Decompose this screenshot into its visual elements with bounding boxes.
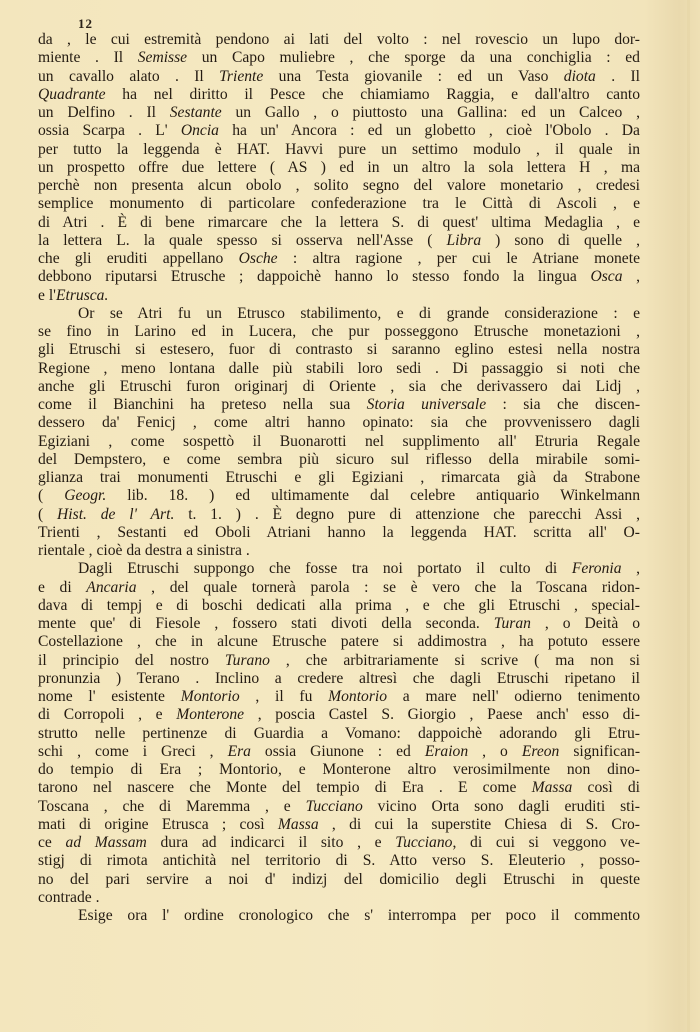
italic-term: Feronia [572,560,622,577]
text-line: Egiziani , come sospettò il Buonarotti n… [38,433,640,451]
text-segment: nome l' esistente [38,688,181,705]
page-edge [687,0,690,1032]
text-line: Costellazione , che in alcune Etrusche p… [38,633,640,651]
text-segment: se fino in Larino ed in Lucera, che pur … [38,323,640,340]
text-line: da , le cui estremità pendono ai lati de… [38,31,640,49]
text-segment: : sia che discen- [486,396,640,413]
text-segment: semplice monumento di particolare confed… [38,195,640,212]
text-segment: strutto nelle pertinenze di Guardia a Vo… [38,725,640,742]
text-line: e l'Etrusca. [38,287,640,305]
text-line: dessero da' Fenicj , come altri hanno op… [38,414,640,432]
text-line: mente que' di Fiesole , fossero stati di… [38,615,640,633]
text-line: nome l' esistente Montorio , il fu Monto… [38,688,640,706]
text-segment: Or se Atri fu un Etrusco stabilimento, e… [78,305,640,322]
text-segment: , il fu [240,688,329,705]
text-line: contrade . [38,889,640,907]
text-segment: a mare nell' odierno tenimento [387,688,640,705]
text-segment: , o Deità o [531,615,640,632]
italic-term: Geogr. [64,487,106,504]
italic-term: Osche [239,250,278,267]
text-segment: ha un' Ancora : ed un globetto , cioè l'… [219,122,640,139]
text-line: Toscana , che di Maremma , e Tucciano vi… [38,798,640,816]
text-line: tarono nel nascere che Monte del tempio … [38,779,640,797]
text-segment: Toscana , che di Maremma , e [38,798,306,815]
text-segment: no del pari servire a noi d' indizj del … [38,871,640,888]
text-line: ce ad Massam dura ad indicarci il sito ,… [38,834,640,852]
text-line: stigj di rimota antichità nel territorio… [38,852,640,870]
text-segment: del Dempstero, e come sembra più sicuro … [38,451,640,468]
text-segment: come il Bianchini ha preteso nella sua [38,396,367,413]
text-segment: Dagli Etruschi suppongo che fosse tra no… [78,560,572,577]
text-segment: da , le cui estremità pendono ai lati de… [38,31,640,48]
text-line: anche gli Etruschi furon originarj di Or… [38,378,640,396]
text-segment: , [623,268,641,285]
text-line: schi , come i Greci , Era ossia Giunone … [38,743,640,761]
text-segment: lib. 18. ) ed ultimamente dal celebre an… [106,487,640,504]
text-segment: ( [38,506,57,523]
text-segment: Regione , meno lontana dalle più stabili… [38,360,640,377]
text-segment: Trienti , Sestanti ed Oboli Atriani hann… [38,524,640,541]
text-line: mati di origine Etrusca ; così Massa , d… [38,816,640,834]
italic-term: Hist. de l' Art. [57,506,174,523]
text-line: Regione , meno lontana dalle più stabili… [38,360,640,378]
text-line: miente . Il Semisse un Capo muliebre , c… [38,49,640,67]
text-line: ossia Scarpa . L' Oncia ha un' Ancora : … [38,122,640,140]
text-segment: ha nel diritto il Pesce che chiamiamo Ra… [106,86,640,103]
text-segment: ) sono di quelle , [481,232,640,249]
text-segment: miente . Il [38,49,138,66]
text-segment: perchè non presenta alcun obolo , solito… [38,177,640,194]
text-line: no del pari servire a noi d' indizj del … [38,871,640,889]
text-line: la lettera L. la quale spesso si osserva… [38,232,640,250]
text-line: debbono riputarsi Etrusche ; dappoichè h… [38,268,640,286]
text-segment: il principio del nostro [38,652,225,669]
text-segment: ossia Giunone : ed [251,743,425,760]
text-segment: pronunzia ) Terano . Inclino a credere a… [38,670,640,687]
text-segment: : altra ragione , per cui le Atriane mon… [278,250,640,267]
italic-term: Quadrante [38,86,106,103]
text-line: del Dempstero, e come sembra più sicuro … [38,451,640,469]
text-segment: un prospetto offre due lettere ( AS ) ed… [38,159,640,176]
text-segment: , che arbitrariamente si scrive ( ma non… [270,652,640,669]
text-line: un cavallo alato . Il Triente una Testa … [38,68,640,86]
text-segment: di Atri . È di bene rimarcare che la let… [38,214,640,231]
text-line: un Delfino . Il Sestante un Gallo , o pi… [38,104,640,122]
text-line: il principio del nostro Turano , che arb… [38,652,640,670]
text-line: e di Ancaria , del quale tornerà parola … [38,579,640,597]
text-segment: Costellazione , che in alcune Etrusche p… [38,633,640,650]
italic-term: Montorio [328,688,387,705]
text-line: perchè non presenta alcun obolo , solito… [38,177,640,195]
text-segment: Esige ora l' ordine cronologico che s' i… [78,907,640,924]
text-segment: dura ad indicarci il sito , e [147,834,395,851]
text-segment: mati di origine Etrusca ; così [38,816,278,833]
text-segment: ce [38,834,66,851]
text-segment: mente que' di Fiesole , fossero stati di… [38,615,494,632]
text-line: dava di tempj e di boschi dedicati alla … [38,597,640,615]
text-line: glianza trai monumenti Etruschi e gli Eg… [38,469,640,487]
italic-term: Monterone [176,706,244,723]
italic-term: Massa [532,779,573,796]
text-line: ( Hist. de l' Art. t. 1. ) . È degno pur… [38,506,640,524]
text-line: se fino in Larino ed in Lucera, che pur … [38,323,640,341]
italic-term: Oncia [181,122,219,139]
text-segment: rientale , cioè da destra a sinistra . [38,542,250,559]
text-segment: stigj di rimota antichità nel territorio… [38,852,640,869]
text-segment: e l' [38,287,56,304]
text-segment: debbono riputarsi Etrusche ; dappoichè h… [38,268,590,285]
text-segment: ossia Scarpa . L' [38,122,181,139]
text-segment: e di [38,579,86,596]
text-segment: ( [38,487,64,504]
text-line: strutto nelle pertinenze di Guardia a Vo… [38,725,640,743]
italic-term: ad Massam [66,834,147,851]
text-segment: schi , come i Greci , [38,743,228,760]
text-segment: , o [468,743,522,760]
italic-term: Eraion [425,743,468,760]
book-page: 12 da , le cui estremità pendono ai lati… [0,0,700,1032]
italic-term: diota [564,68,596,85]
italic-term: Ereon [522,743,560,760]
text-segment: una Testa giovanile : ed un Vaso [263,68,563,85]
italic-term: Era [228,743,251,760]
text-line: pronunzia ) Terano . Inclino a credere a… [38,670,640,688]
text-line: Esige ora l' ordine cronologico che s' i… [38,907,640,925]
text-segment: . Il [596,68,640,85]
text-segment: anche gli Etruschi furon originarj di Or… [38,378,640,395]
text-segment: un Gallo , o piuttosto una Gallina: ed u… [222,104,640,121]
text-segment: t. 1. ) . È degno pure di attenzione che… [174,506,640,523]
text-segment: do tempio di Era ; Montorio, e Monterone… [38,761,640,778]
italic-term: Montorio [181,688,240,705]
italic-term: Osca [590,268,622,285]
text-segment: un Capo muliebre , che sporge da una con… [187,49,640,66]
body-text: da , le cui estremità pendono ai lati de… [38,31,640,925]
text-segment: dessero da' Fenicj , come altri hanno op… [38,414,640,431]
italic-term: Ancaria [86,579,136,596]
text-line: gli Etruschi si estesero, fuor di contra… [38,341,640,359]
text-segment: di Corropoli , e [38,706,176,723]
text-line: come il Bianchini ha preteso nella sua S… [38,396,640,414]
text-segment: così di [572,779,640,796]
text-segment: gli Etruschi si estesero, fuor di contra… [38,341,640,358]
text-segment: contrade . [38,889,99,906]
text-segment: Egiziani , come sospettò il Buonarotti n… [38,433,640,450]
text-segment: la lettera L. la quale spesso si osserva… [38,232,446,249]
italic-term: Etrusca. [56,287,108,304]
text-segment: un cavallo alato . Il [38,68,219,85]
text-line: Quadrante ha nel diritto il Pesce che ch… [38,86,640,104]
italic-term: Sestante [170,104,222,121]
text-line: rientale , cioè da destra a sinistra . [38,542,640,560]
page-number: 12 [78,16,93,32]
text-segment: , [622,560,640,577]
text-line: di Atri . È di bene rimarcare che la let… [38,214,640,232]
italic-term: Turan [494,615,531,632]
text-segment: significan- [559,743,640,760]
italic-term: Libra [446,232,481,249]
text-line: che gli eruditi appellano Osche : altra … [38,250,640,268]
text-segment: , poscia Castel S. Giorgio , Paese anch'… [244,706,640,723]
text-segment: tarono nel nascere che Monte del tempio … [38,779,532,796]
text-line: do tempio di Era ; Montorio, e Monterone… [38,761,640,779]
text-segment: glianza trai monumenti Etruschi e gli Eg… [38,469,640,486]
italic-term: Semisse [138,49,187,66]
text-segment: che gli eruditi appellano [38,250,239,267]
text-line: un prospetto offre due lettere ( AS ) ed… [38,159,640,177]
text-line: ( Geogr. lib. 18. ) ed ultimamente dal c… [38,487,640,505]
text-segment: , di cui la superstite Chiesa di S. Cro- [319,816,640,833]
text-line: semplice monumento di particolare confed… [38,195,640,213]
text-segment: , del quale tornerà parola : se è vero c… [137,579,640,596]
text-segment: , di cui si veggono ve- [452,834,640,851]
italic-term: Tucciano [395,834,452,851]
text-segment: per tutto la leggenda è HAT. Havvi pure … [38,141,640,158]
text-segment: un Delfino . Il [38,104,170,121]
text-line: Dagli Etruschi suppongo che fosse tra no… [38,560,640,578]
text-segment: vicino Orta sono dagli eruditi sti- [363,798,640,815]
italic-term: Triente [219,68,263,85]
italic-term: Turano [225,652,270,669]
italic-term: Massa [278,816,319,833]
italic-term: Tucciano [306,798,363,815]
text-line: Or se Atri fu un Etrusco stabilimento, e… [38,305,640,323]
italic-term: Storia universale [367,396,486,413]
text-line: per tutto la leggenda è HAT. Havvi pure … [38,141,640,159]
text-line: Trienti , Sestanti ed Oboli Atriani hann… [38,524,640,542]
text-line: di Corropoli , e Monterone , poscia Cast… [38,706,640,724]
text-segment: dava di tempj e di boschi dedicati alla … [38,597,640,614]
